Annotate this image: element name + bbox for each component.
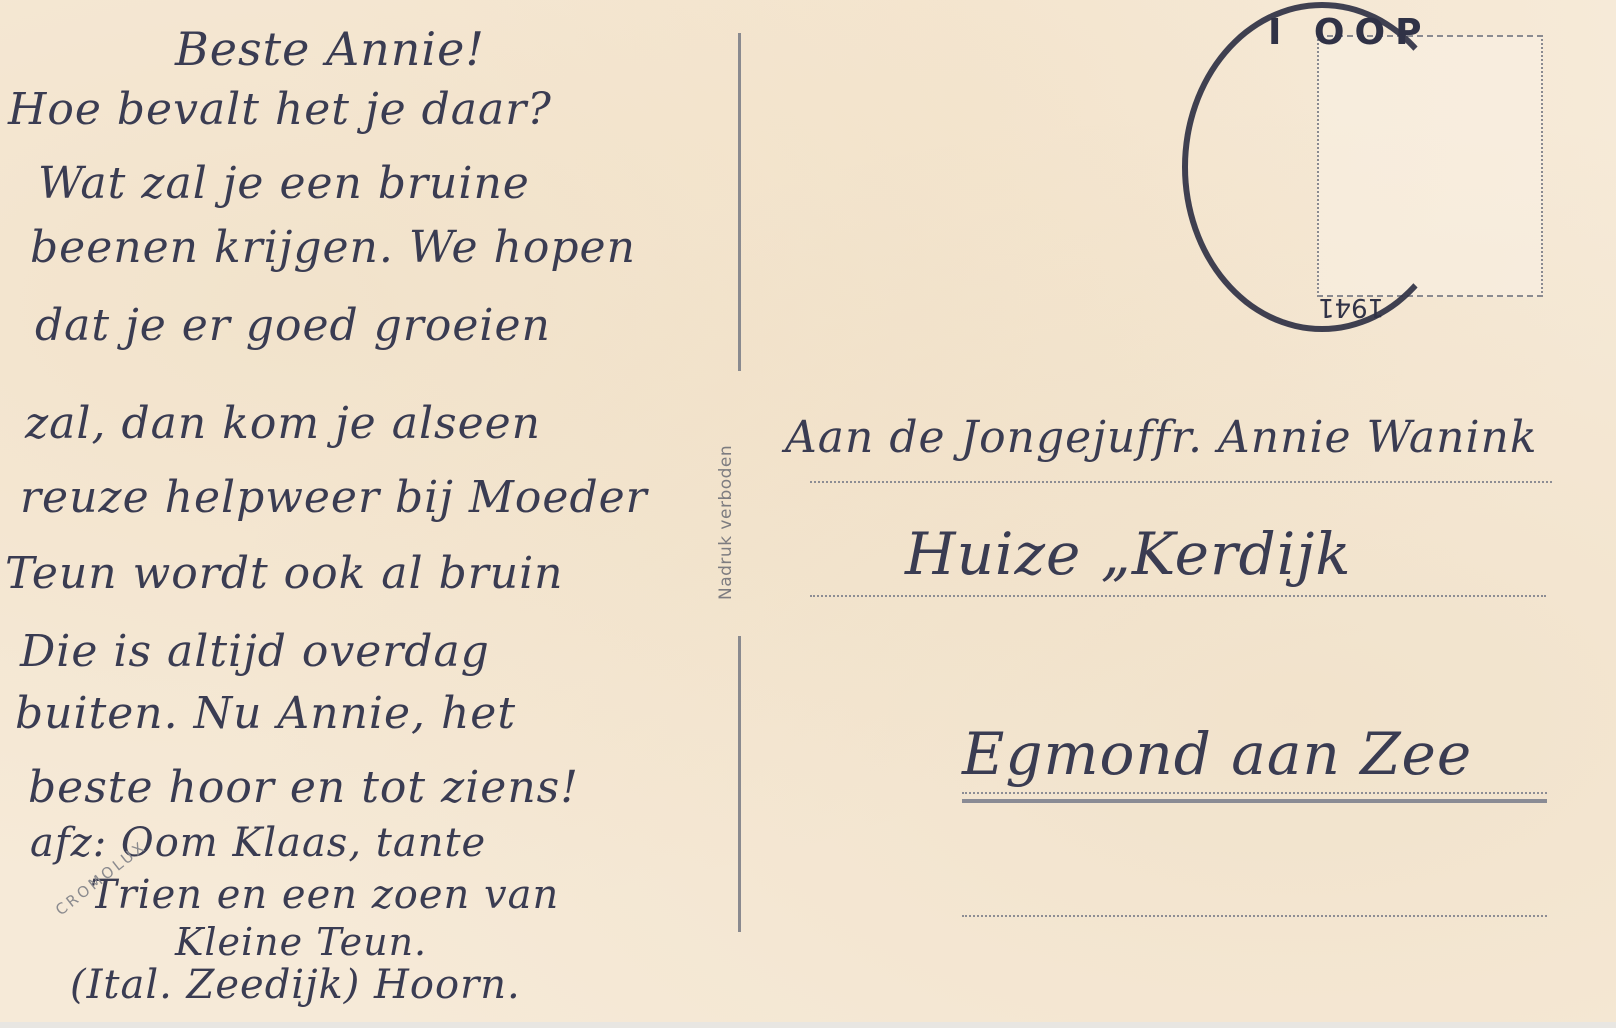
message-line: dat je er goed groeien <box>35 300 551 351</box>
message-line: (Ital. Zeedijk) Hoorn. <box>70 962 521 1008</box>
address-underline-solid <box>962 799 1547 803</box>
address-rule-1 <box>810 481 1552 483</box>
center-divider-top <box>738 33 741 371</box>
message-line: zal, dan kom je alseen <box>25 398 541 449</box>
address-line-house: Huize „Kerdijk <box>905 520 1351 588</box>
message-line: buiten. Nu Annie, het <box>15 688 516 739</box>
message-line: Teun wordt ook al bruin <box>5 548 564 599</box>
address-rule-3 <box>962 792 1547 794</box>
message-line: beenen krijgen. We hopen <box>30 222 636 273</box>
address-line-city: Egmond aan Zee <box>962 720 1472 788</box>
message-line: beste hoor en tot ziens! <box>28 762 579 813</box>
message-line: Wat zal je een bruine <box>38 158 530 209</box>
postcard-back: Beste Annie! Hoe bevalt het je daar? Wat… <box>0 0 1616 1022</box>
message-line: Die is altijd overdag <box>20 626 490 677</box>
address-rule-2 <box>810 595 1546 597</box>
scan-bottom-edge <box>0 1022 1616 1028</box>
message-line: Trien en een zoen van <box>90 872 559 918</box>
address-rule-4 <box>962 915 1547 917</box>
message-line: Kleine Teun. <box>175 920 427 964</box>
address-line-recipient: Aan de Jongejuffr. Annie Wanink <box>785 412 1538 463</box>
center-divider-bottom <box>738 636 741 932</box>
message-line: reuze helpweer bij Moeder <box>20 472 648 523</box>
postmark-top-text: I OOP <box>1268 12 1432 53</box>
message-line: afz: Oom Klaas, tante <box>30 820 486 866</box>
message-line: Beste Annie! <box>175 22 485 76</box>
reproduction-notice: Nadruk verboden <box>716 445 736 600</box>
message-line: Hoe bevalt het je daar? <box>8 84 552 135</box>
postmark-date: 1941 <box>1318 292 1384 322</box>
